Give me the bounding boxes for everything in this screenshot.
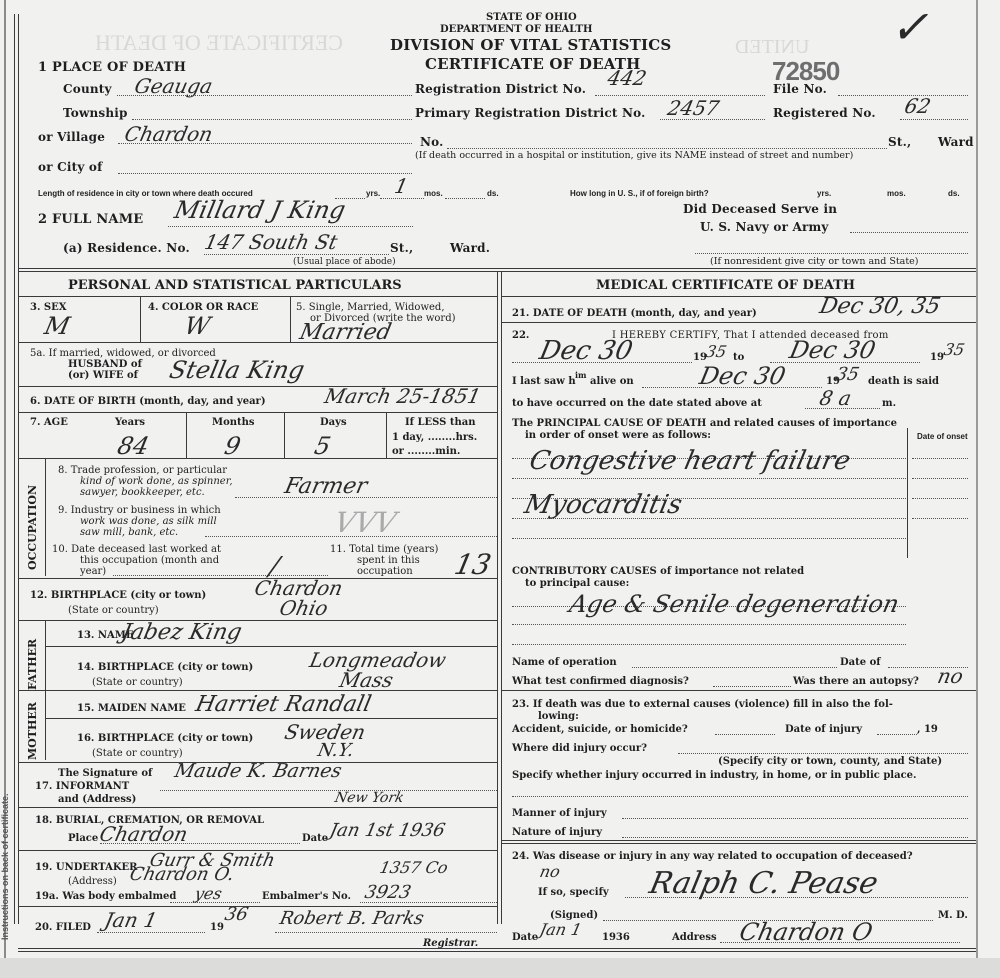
medical-section-title: MEDICAL CERTIFICATE OF DEATH xyxy=(596,278,855,293)
mother-birthplace-label: 16. BIRTHPLACE (city or town) xyxy=(77,733,253,744)
mother-birthplace-state-label: (State or country) xyxy=(92,748,183,759)
embalmed-label: 19a. Was body embalmed xyxy=(35,891,176,902)
days-label: Days xyxy=(320,417,347,428)
foreign-yrs-label: yrs. xyxy=(817,189,831,198)
divider xyxy=(18,620,497,621)
divider xyxy=(18,268,976,269)
side-divider xyxy=(45,458,46,576)
contributory-label-1: CONTRIBUTORY CAUSES of importance not re… xyxy=(512,566,804,577)
ward-label: Ward xyxy=(938,135,974,149)
border-line-outer xyxy=(14,14,15,924)
spouse-label-2: HUSBAND of xyxy=(68,359,142,370)
cause-1-value: Congestive heart failure xyxy=(527,446,853,476)
mother-side-label: MOTHER xyxy=(26,702,39,760)
onset-line xyxy=(912,478,968,479)
navy-line xyxy=(850,232,968,233)
township-label: Township xyxy=(63,106,128,120)
registrar-signature: Robert B. Parks xyxy=(278,908,426,929)
divider xyxy=(18,296,497,297)
injury-year-prefix: , 19 xyxy=(917,724,938,735)
days-value: 5 xyxy=(312,432,333,460)
informant-label-2: 17. INFORMANT xyxy=(35,781,129,792)
spouse-label-3: (or) WIFE of xyxy=(68,370,138,381)
undertaker-label: 19. UNDERTAKER xyxy=(35,862,137,873)
months-value: 9 xyxy=(222,432,243,460)
address-label: Address xyxy=(672,932,717,943)
address-value: Chardon O xyxy=(737,918,875,946)
residence-ward-label: Ward. xyxy=(450,241,490,255)
onset-line xyxy=(912,498,968,499)
registered-no-value: 62 xyxy=(902,94,933,118)
village-label: or Village xyxy=(38,130,105,144)
principal-cause-label-2: in order of onset were as follows: xyxy=(525,430,711,441)
street-line xyxy=(447,148,887,149)
county-value: Geauga xyxy=(132,74,214,98)
father-birthplace-state-value: Mass xyxy=(337,668,395,692)
where-line xyxy=(678,753,968,754)
residence-line xyxy=(204,254,389,255)
nature-line xyxy=(622,837,968,838)
divider xyxy=(502,840,976,841)
divider xyxy=(18,342,497,343)
mother-name-label: 15. MAIDEN NAME xyxy=(77,703,186,714)
age-label: 7. AGE xyxy=(30,417,68,428)
divider xyxy=(18,906,497,907)
registrar-line xyxy=(275,932,497,933)
date-value: Jan 1 xyxy=(538,920,584,939)
residence-yrs-label: yrs. xyxy=(366,189,380,198)
checkmark-icon: ✓ xyxy=(890,0,929,54)
occupation-side-label: OCCUPATION xyxy=(26,485,39,570)
dob-value: March 25-1851 xyxy=(322,384,483,408)
date-of-death-label: 21. DATE OF DEATH (month, day, and year) xyxy=(512,308,757,319)
external-label-1: 23. If death was due to external causes … xyxy=(512,699,893,710)
filed-label: 20. FILED xyxy=(35,922,91,933)
header-state: STATE OF OHIO xyxy=(486,12,577,23)
full-name-label: 2 FULL NAME xyxy=(38,212,143,227)
death-said-label: death is said xyxy=(868,376,939,387)
header-department: DEPARTMENT OF HEALTH xyxy=(440,24,592,35)
years-label: Years xyxy=(115,417,145,428)
last-worked-label-1: 10. Date deceased last worked at xyxy=(52,544,221,555)
divider xyxy=(502,690,976,691)
birthplace-state-value: Ohio xyxy=(277,596,330,620)
operation-date-label: Date of xyxy=(840,657,881,668)
hospital-note: (If death occurred in a hospital or inst… xyxy=(415,150,853,161)
specify-line xyxy=(512,796,968,797)
industry-label-1: 9. Industry or business in which xyxy=(58,505,221,516)
onset-line xyxy=(912,518,968,519)
cause-line xyxy=(512,538,906,539)
primary-district-label: Primary Registration District No. xyxy=(415,106,646,120)
navy-label-1: Did Deceased Serve in xyxy=(683,202,837,216)
city-line xyxy=(118,173,412,174)
foreign-ds-label: ds. xyxy=(948,189,960,198)
divider xyxy=(18,807,497,808)
cell-divider xyxy=(186,412,187,458)
cell-divider xyxy=(284,412,285,458)
manner-label: Manner of injury xyxy=(512,808,607,819)
residence-mos-label: mos. xyxy=(424,189,443,198)
onset-divider xyxy=(907,428,908,558)
date-of-onset-label: Date of onset xyxy=(917,432,968,441)
foreign-mos-label: mos. xyxy=(887,189,906,198)
registered-no-label: Registered No. xyxy=(773,106,876,120)
months-label: Months xyxy=(212,417,255,428)
file-no-label: File No. xyxy=(773,82,827,96)
father-name-value: Jabez King xyxy=(119,620,244,645)
contributory-value: Age & Senile degeneration xyxy=(567,590,902,618)
no-label: No. xyxy=(420,135,444,149)
occurred-label: to have occurred on the date stated abov… xyxy=(512,398,762,409)
embalmer-label: Embalmer's No. xyxy=(262,891,351,902)
embalmer-value: 3923 xyxy=(363,882,413,903)
city-label: or City of xyxy=(38,160,102,174)
years-value: 84 xyxy=(115,432,151,460)
divider xyxy=(18,412,497,413)
county-label: County xyxy=(63,82,112,96)
spouse-value: Stella King xyxy=(167,356,307,384)
burial-date-value: Jan 1st 1936 xyxy=(328,820,447,841)
operation-line xyxy=(632,667,837,668)
divider xyxy=(45,718,497,719)
file-no-line xyxy=(838,95,968,96)
father-side-label: FATHER xyxy=(26,639,39,690)
injury-date-line xyxy=(877,734,917,735)
specify-label: Specify whether injury occurred in indus… xyxy=(512,770,917,781)
residence-value: 147 South St xyxy=(202,230,339,254)
full-name-line xyxy=(168,226,413,227)
operation-label: Name of operation xyxy=(512,657,617,668)
total-time-label-2: spent in this xyxy=(357,555,420,566)
cause-line xyxy=(512,478,906,479)
contributory-line xyxy=(512,644,906,645)
registration-district-value: 442 xyxy=(605,66,648,90)
last-saw-year: 35 xyxy=(834,364,861,385)
divider xyxy=(18,948,976,949)
total-time-label-1: 11. Total time (years) xyxy=(330,544,438,555)
residence-st-label: St., xyxy=(390,241,413,255)
registered-no-line xyxy=(900,119,968,120)
date-label: Date xyxy=(512,932,538,943)
right-edge xyxy=(976,0,978,958)
if-so-label: If so, specify xyxy=(538,887,609,898)
cell-divider xyxy=(290,296,291,342)
divider xyxy=(502,322,976,323)
st-label: St., xyxy=(888,135,911,149)
less-than-min: or ........min. xyxy=(392,446,460,457)
column-divider xyxy=(497,272,498,924)
test-line xyxy=(713,686,791,687)
trade-label-1: 8. Trade profession, or particular xyxy=(58,465,227,476)
informant-line xyxy=(160,790,497,791)
undertaker-address-value: Chardon O. xyxy=(128,864,236,885)
onset-line xyxy=(912,458,968,459)
column-divider xyxy=(501,272,502,924)
informant-label-3: and (Address) xyxy=(58,794,136,805)
less-than-label: If LESS than xyxy=(405,417,475,428)
header-division: DIVISION OF VITAL STATISTICS xyxy=(390,36,671,54)
residence-yrs-value: 1 xyxy=(392,174,410,198)
total-time-value: 13 xyxy=(451,548,494,581)
mother-name-value: Harriet Randall xyxy=(193,692,373,717)
cell-divider xyxy=(140,296,141,342)
foreign-birth-label: How long in U. S., if of foreign birth? xyxy=(570,189,709,198)
occupation-related-label: 24. Was disease or injury in any way rel… xyxy=(512,851,913,862)
md-label: M. D. xyxy=(938,910,968,921)
industry-label-2: work was done, as silk mill xyxy=(80,516,217,527)
abode-note: (Usual place of abode) xyxy=(293,257,396,267)
father-birthplace-label: 14. BIRTHPLACE (city or town) xyxy=(77,662,253,673)
undertaker-number: 1357 Co xyxy=(378,858,450,877)
divider xyxy=(18,951,976,952)
header-title: CERTIFICATE OF DEATH xyxy=(425,55,641,73)
occupation-related-value: no xyxy=(538,862,562,881)
place-of-death-label: 1 PLACE OF DEATH xyxy=(38,60,186,75)
manner-line xyxy=(622,818,968,819)
trade-line xyxy=(235,497,497,498)
border-line-inner xyxy=(18,14,19,924)
undertaker-address-label: (Address) xyxy=(68,876,117,887)
sex-value: M xyxy=(42,312,73,340)
cause-2-value: Myocarditis xyxy=(522,490,685,520)
cell-divider xyxy=(386,412,387,458)
navy-label-2: U. S. Navy or Army xyxy=(700,220,829,234)
filed-year-value: 36 xyxy=(223,904,250,925)
test-label: What test confirmed diagnosis? xyxy=(512,676,689,687)
informant-signature: Maude K. Barnes xyxy=(173,760,344,782)
last-saw-him: im xyxy=(575,370,587,380)
residence-mos-line xyxy=(380,198,424,199)
divider xyxy=(502,843,976,844)
burial-place-label: Place xyxy=(68,833,98,844)
accident-label: Accident, suicide, or homicide? xyxy=(512,724,688,735)
attended-to-value: Dec 30 xyxy=(787,336,878,364)
race-value: W xyxy=(182,312,213,340)
industry-label-3: saw mill, bank, etc. xyxy=(80,527,178,538)
last-saw-label: I last saw h xyxy=(512,376,576,387)
divider xyxy=(45,646,497,647)
informant-label-1: The Signature of xyxy=(58,768,152,779)
attended-from-value: Dec 30 xyxy=(537,336,636,366)
birthplace-state-label: (State or country) xyxy=(68,605,159,616)
industry-value: VVV xyxy=(331,506,399,539)
external-label-2: lowing: xyxy=(538,711,579,722)
trade-value: Farmer xyxy=(282,474,369,499)
last-saw-value: Dec 30 xyxy=(697,362,788,390)
divider xyxy=(18,458,497,459)
informant-address: New York xyxy=(333,790,405,806)
date-of-death-value: Dec 30, 35 xyxy=(817,294,942,319)
nature-label: Nature of injury xyxy=(512,827,602,838)
nonresident-note: (If nonresident give city or town and St… xyxy=(710,256,919,267)
margin-instructions-note: Instructions on back of certificate. xyxy=(0,793,10,940)
village-value: Chardon xyxy=(122,122,215,146)
last-worked-label-2: this occupation (month and xyxy=(80,555,219,566)
m-label: m. xyxy=(882,398,896,409)
date-year: 1936 xyxy=(602,932,630,943)
father-birthplace-state-label: (State or country) xyxy=(92,677,183,688)
residence-ds-line xyxy=(445,198,485,199)
death-certificate: CERTIFICATE OF DEATH UNITED Instructions… xyxy=(0,0,1000,958)
scan-margin xyxy=(0,958,1000,978)
less-than-hrs: 1 day, ........hrs. xyxy=(392,432,477,443)
residence-label: (a) Residence. No. xyxy=(63,241,190,255)
township-line xyxy=(132,119,412,120)
physician-signature: Ralph C. Pease xyxy=(646,866,881,901)
filed-value: Jan 1 xyxy=(102,908,159,932)
primary-district-value: 2457 xyxy=(665,96,721,120)
divider xyxy=(18,690,497,691)
trade-label-2: kind of work done, as spinner, xyxy=(80,476,233,487)
filed-year-prefix: 19 xyxy=(210,922,224,933)
embalmed-value: yes xyxy=(193,884,224,903)
time-value: 8 a xyxy=(817,386,853,410)
full-name-value: Millard J King xyxy=(172,196,348,224)
certify-number: 22. xyxy=(512,330,529,341)
burial-place-value: Chardon xyxy=(97,822,190,846)
autopsy-label: Was there an autopsy? xyxy=(793,676,919,687)
mother-birthplace-state-value: N.Y. xyxy=(316,740,356,761)
burial-date-label: Date xyxy=(302,833,328,844)
accident-line xyxy=(715,734,775,735)
contributory-label-2: to principal cause: xyxy=(525,578,629,589)
alive-on-label: alive on xyxy=(590,376,634,387)
birthplace-label: 12. BIRTHPLACE (city or town) xyxy=(30,590,206,601)
attended-from-year: 35 xyxy=(704,342,728,361)
total-time-label-3: occupation xyxy=(357,566,413,577)
where-label: Where did injury occur? xyxy=(512,743,647,754)
bleed-through-text: CERTIFICATE OF DEATH xyxy=(95,30,343,56)
trade-label-3: sawyer, bookkeeper, etc. xyxy=(80,487,205,498)
dob-label: 6. DATE OF BIRTH (month, day, and year) xyxy=(30,396,266,407)
marital-label-1: 5. Single, Married, Widowed, xyxy=(296,302,445,313)
injury-date-label: Date of injury xyxy=(785,724,862,735)
personal-section-title: PERSONAL AND STATISTICAL PARTICULARS xyxy=(68,278,402,293)
attended-to-year: 35 xyxy=(942,340,966,359)
nonresident-line xyxy=(695,253,968,254)
principal-cause-label-1: The PRINCIPAL CAUSE OF DEATH and related… xyxy=(512,418,897,429)
last-worked-label-3: year) xyxy=(80,566,106,577)
residence-ds-label: ds. xyxy=(487,189,499,198)
registration-district-label: Registration District No. xyxy=(415,82,586,96)
autopsy-value: no xyxy=(935,664,965,688)
where-note: (Specify city or town, county, and State… xyxy=(718,756,942,767)
filed-line xyxy=(97,932,205,933)
contributory-line xyxy=(512,624,906,625)
